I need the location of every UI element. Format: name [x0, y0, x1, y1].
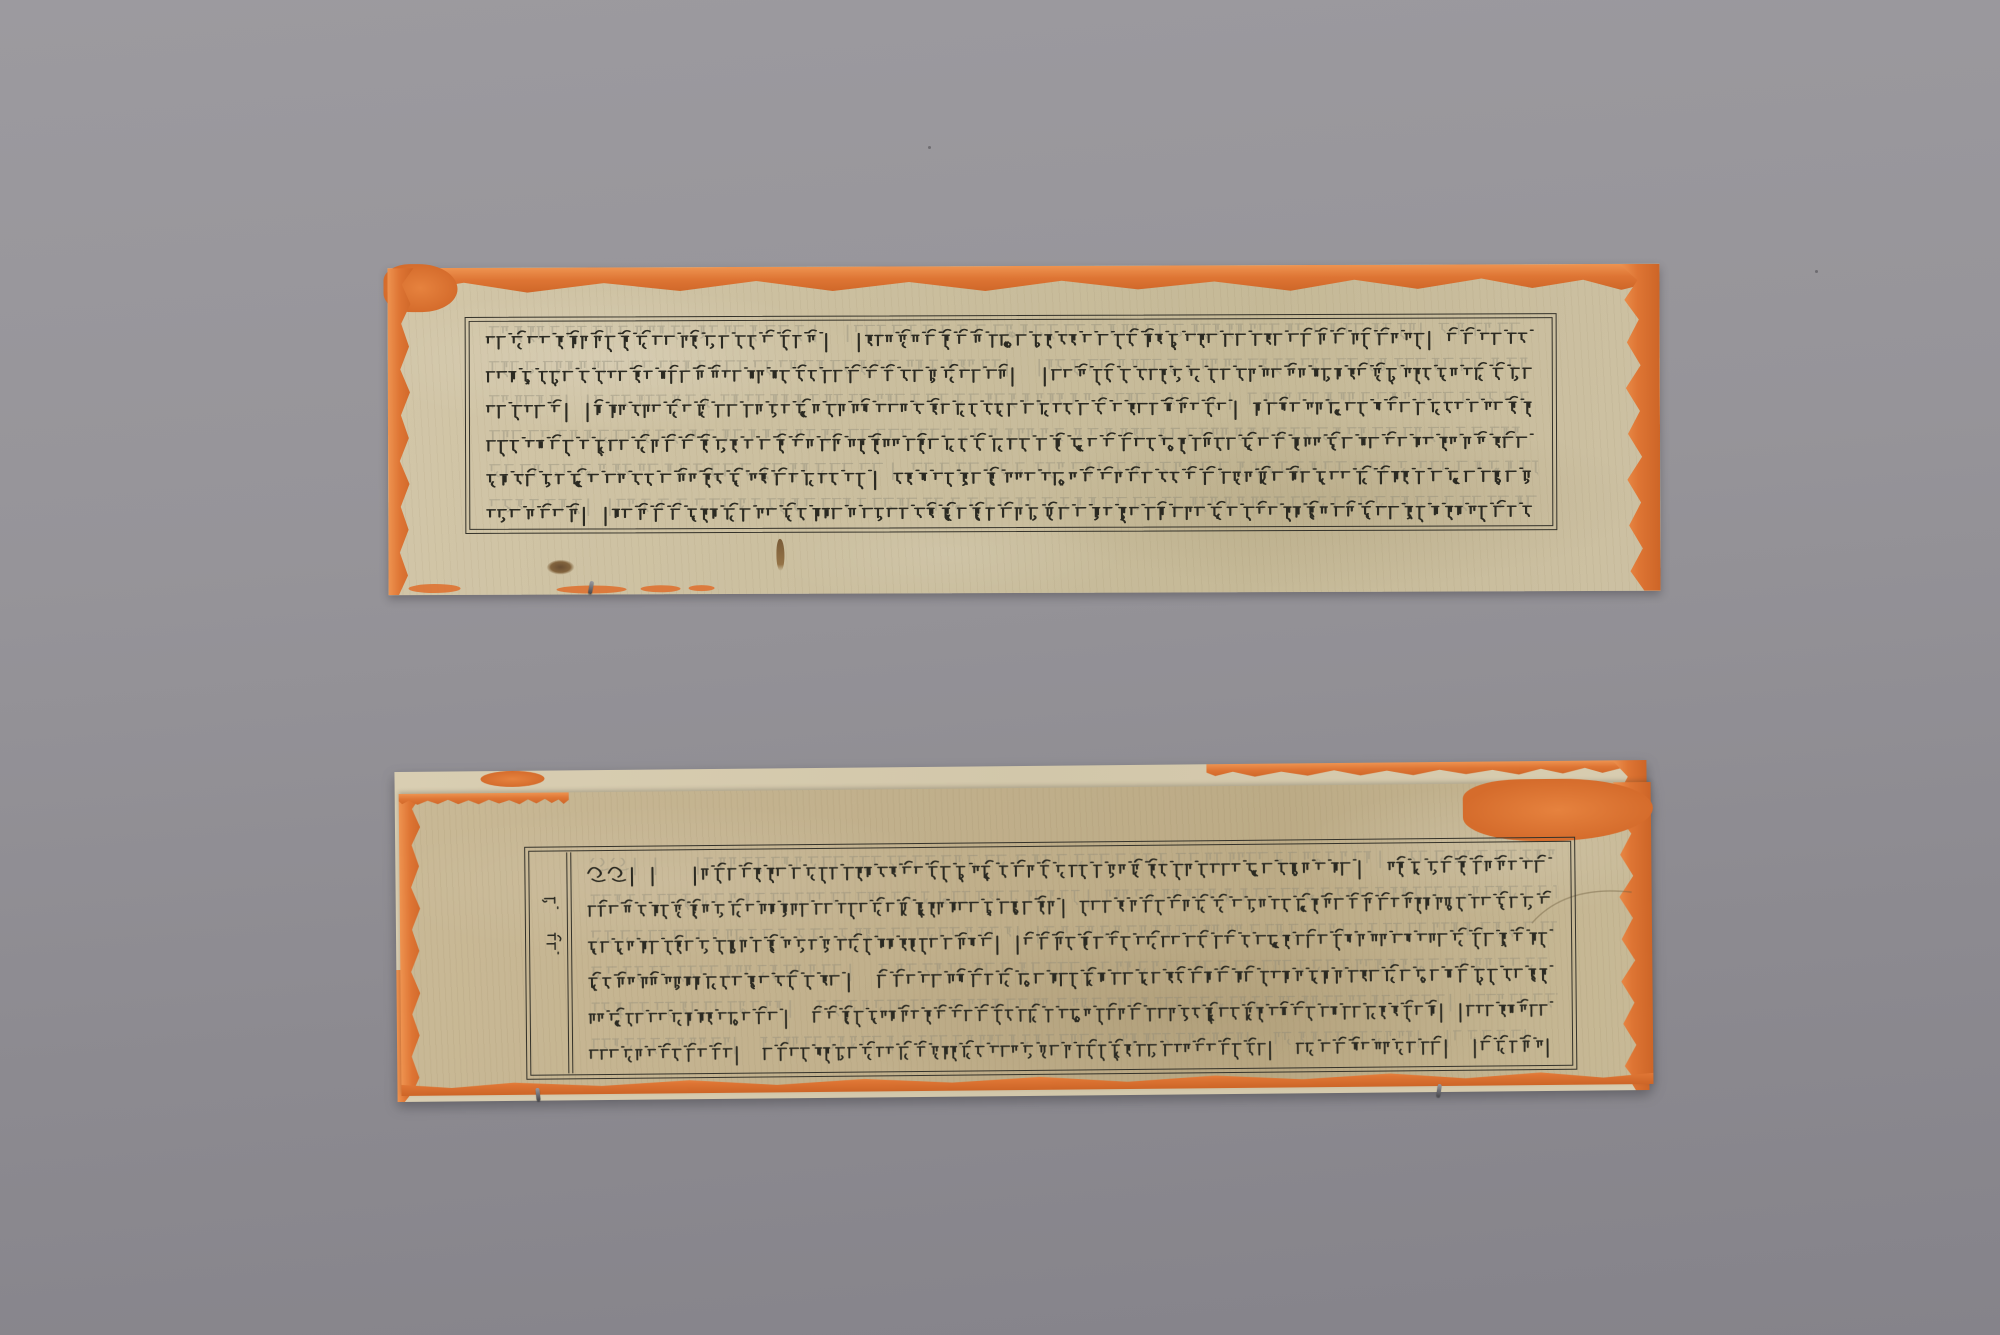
top-folio-text-block — [472, 320, 1551, 527]
margin-caption-vertical — [538, 879, 564, 1049]
drip-stain — [776, 539, 784, 571]
dust-speck — [928, 146, 931, 149]
folio-margin-column — [530, 852, 573, 1073]
text-line — [484, 495, 1538, 532]
bottom-folio-text-frame — [524, 837, 1577, 1080]
orange-edge-left — [387, 268, 414, 595]
bottom-folio — [399, 782, 1654, 1096]
text-line — [484, 322, 1538, 359]
orange-edge-top-right — [1206, 760, 1646, 778]
text-line — [484, 426, 1538, 463]
text-line — [484, 460, 1538, 497]
orange-dab — [689, 585, 715, 591]
ink-stain — [546, 560, 574, 575]
orange-edge-top — [387, 264, 1659, 295]
orange-dab — [641, 585, 681, 592]
top-folio — [387, 264, 1660, 595]
text-line — [484, 357, 1538, 394]
orange-tip — [480, 771, 544, 788]
dust-speck — [1815, 270, 1818, 273]
text-line — [484, 391, 1538, 428]
orange-dab — [409, 584, 461, 593]
photo-backdrop — [0, 0, 2000, 1335]
orange-edge-top-left — [399, 792, 569, 806]
margin-caption-text — [538, 879, 564, 1049]
bottom-folio-stack — [388, 758, 1661, 1106]
bottom-folio-text-block — [571, 844, 1570, 1073]
orange-edge-left — [399, 794, 426, 1096]
top-folio-text-frame — [465, 313, 1558, 534]
orange-edge-right — [1619, 264, 1660, 591]
text-line — [587, 1029, 1558, 1072]
orange-corner-patch — [1463, 778, 1654, 842]
